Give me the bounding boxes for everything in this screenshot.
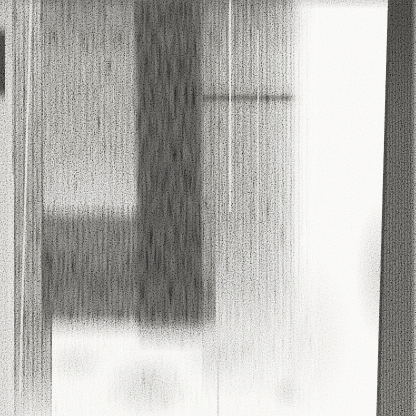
mid-gray-field [44, 0, 216, 240]
bright-white-band [288, 0, 392, 416]
paper-shading [0, 0, 416, 416]
bright-diagonal-line [18, 0, 32, 416]
horizontal-smudge [202, 84, 296, 110]
bright-streak-b [257, 30, 259, 280]
bright-streak-a [229, 0, 231, 212]
grain-noise-overlay [0, 0, 416, 416]
top-dark-wash [40, 0, 315, 58]
charcoal-column [132, 0, 207, 352]
top-edge-shade [0, 0, 416, 9]
striated-center-band [202, 0, 316, 400]
right-ink-line [376, 0, 391, 416]
paper-base [0, 0, 416, 416]
left-thin-line [12, 0, 14, 175]
streaked-gray-column [14, 0, 52, 416]
bottom-light-blotches [30, 330, 280, 416]
lower-dark-band [42, 205, 216, 345]
faint-bottom-streak [217, 318, 219, 416]
abstract-print-canvas [0, 0, 416, 416]
bottom-right-smudge [263, 368, 315, 416]
right-dark-band [374, 0, 416, 416]
left-speckled-strip [0, 0, 22, 416]
left-black-sliver [0, 22, 5, 104]
